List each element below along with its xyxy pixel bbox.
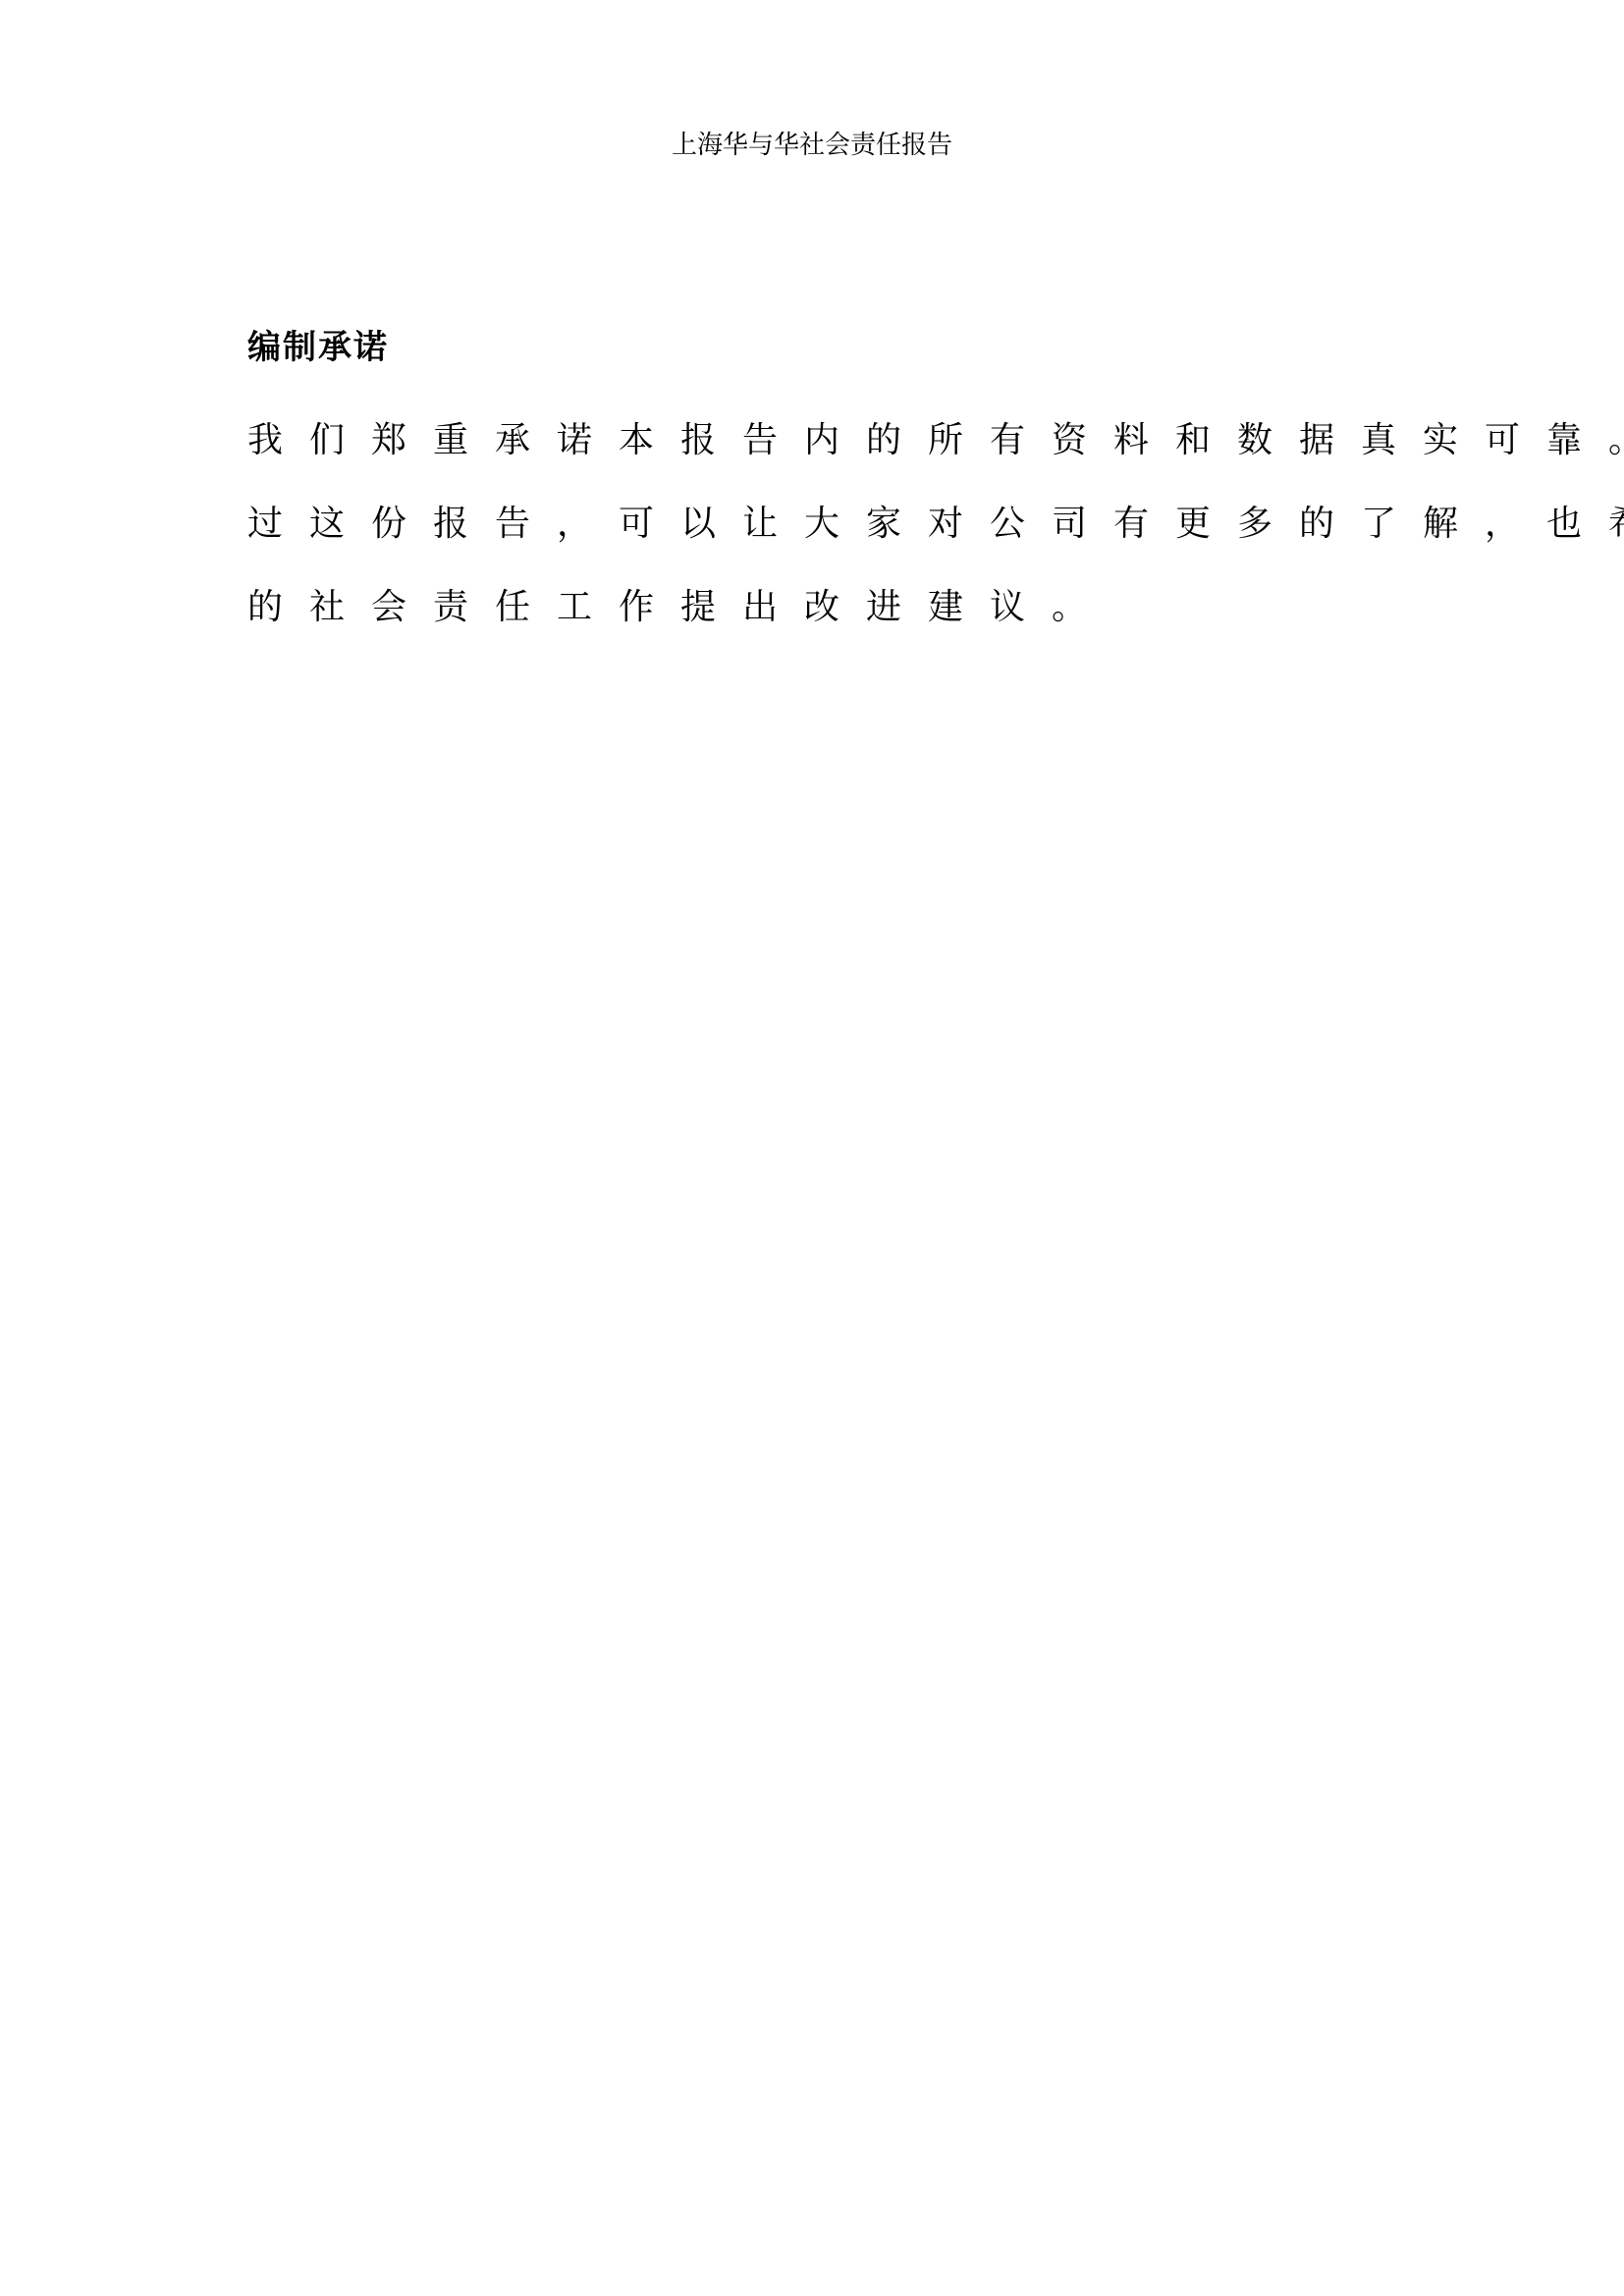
paragraph-line-3: 的社会责任工作提出改进建议。 <box>247 565 1406 649</box>
running-header-title: 上海华与华社会责任报告 <box>0 126 1624 165</box>
paragraph-line-2: 过这份报告，可以让大家对公司有更多的了解，也希望能对我们 <box>247 482 1406 565</box>
paragraph-line-1: 我们郑重承诺本报告内的所有资料和数据真实可靠。我们希望通 <box>247 399 1406 482</box>
section-commitment: 编制承诺 我们郑重承诺本报告内的所有资料和数据真实可靠。我们希望通 过这份报告，… <box>247 322 1386 649</box>
document-page: 上海华与华社会责任报告 编制承诺 我们郑重承诺本报告内的所有资料和数据真实可靠。… <box>0 0 1624 2296</box>
commitment-paragraph: 我们郑重承诺本报告内的所有资料和数据真实可靠。我们希望通 过这份报告，可以让大家… <box>247 399 1406 649</box>
section-heading: 编制承诺 <box>247 322 1386 373</box>
